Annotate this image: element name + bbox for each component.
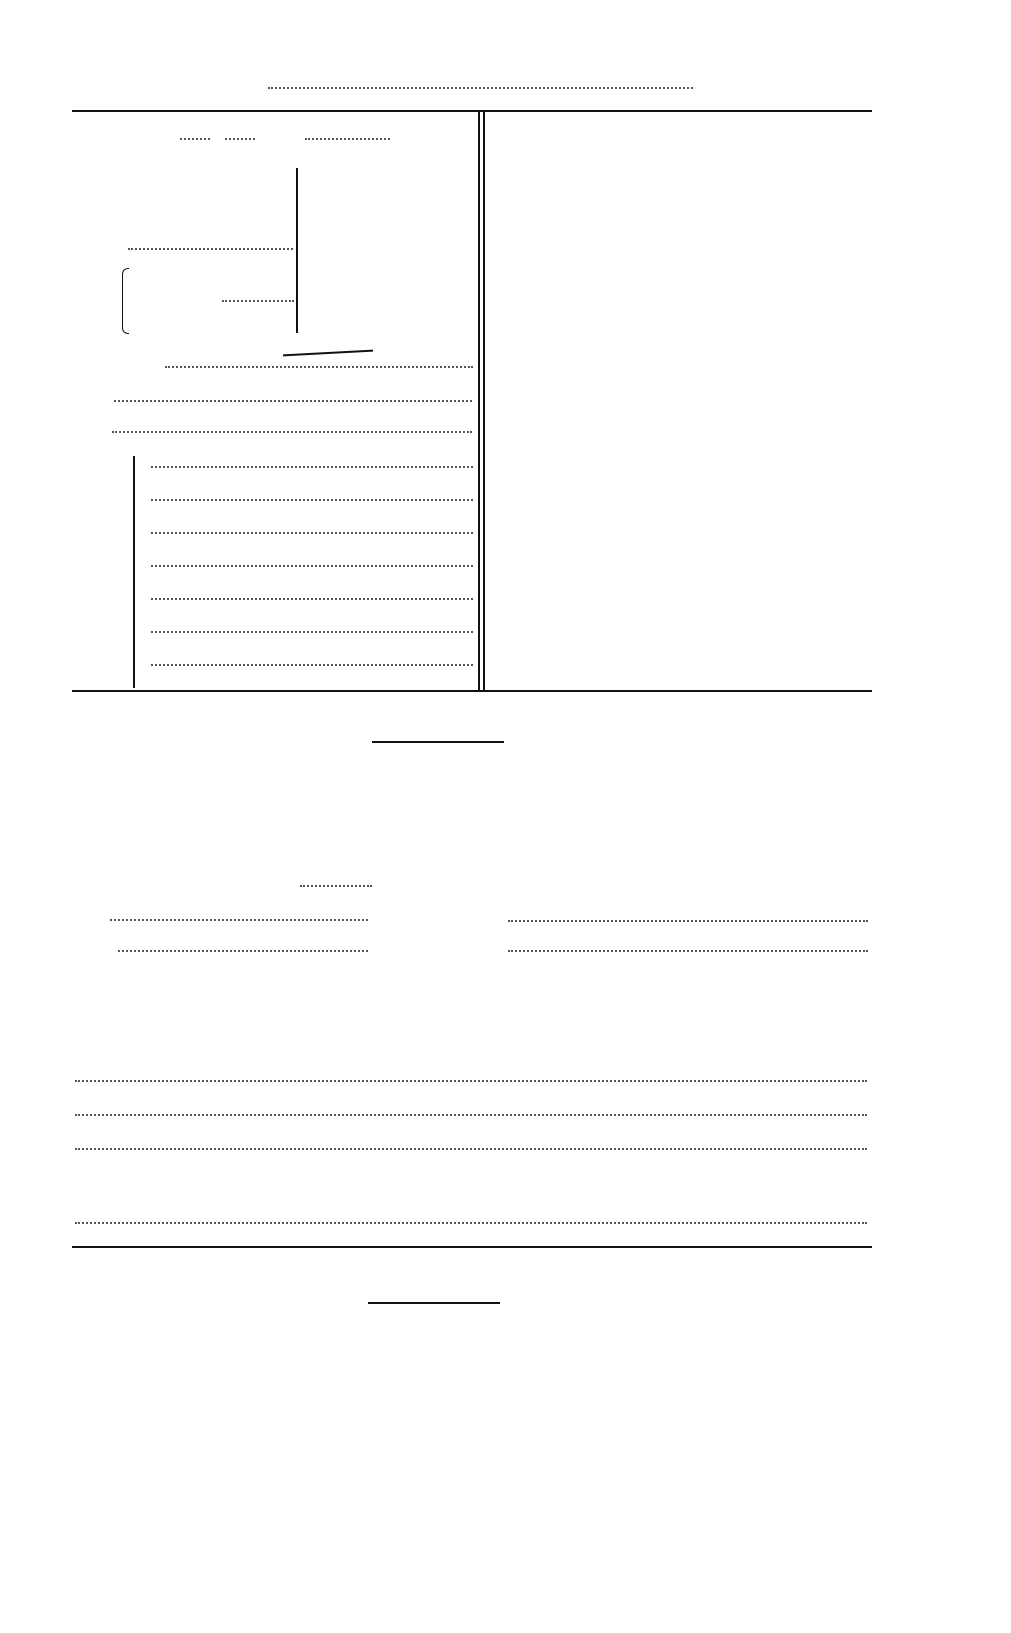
- row-dots: [147, 532, 473, 534]
- row-dots: [147, 499, 473, 501]
- months-dots: [305, 138, 390, 140]
- column-divider-right: [483, 112, 485, 690]
- commanding-section-rule: [72, 1246, 872, 1248]
- height-dots: [128, 248, 293, 250]
- religion-row: [147, 649, 473, 669]
- name-dotted-line: [268, 87, 693, 89]
- row-dots: [147, 631, 473, 633]
- chest-label: [70, 282, 120, 332]
- unfitness-line-3[interactable]: [75, 1148, 867, 1150]
- signature-dots-2: [508, 950, 868, 952]
- consider-dots: [300, 885, 372, 887]
- top-rule: [72, 110, 872, 112]
- chest-brace: [122, 268, 129, 334]
- religion-row: [147, 583, 473, 616]
- religion-row: [147, 484, 473, 517]
- religion-label-methodist: [147, 519, 149, 536]
- hair-dots: [112, 431, 472, 433]
- religion-label-jewish: [147, 618, 149, 635]
- medical-title-rule: [372, 741, 504, 743]
- row-dots: [147, 664, 473, 666]
- complexion-dots: [165, 366, 473, 368]
- row-dots: [147, 466, 473, 468]
- religion-brace: [133, 456, 135, 688]
- column-divider-left: [478, 112, 480, 690]
- unfitness-line-4[interactable]: [75, 1222, 867, 1224]
- religion-label-church-of-england: [147, 453, 149, 470]
- religion-label-presbyterian: [147, 486, 149, 503]
- religion-row: [147, 616, 473, 649]
- medical-date-dots: [110, 919, 368, 921]
- religion-row: [147, 550, 473, 583]
- religion-row: [147, 451, 473, 484]
- section-rule: [72, 690, 872, 692]
- age-dots-2: [225, 138, 255, 140]
- commanding-title-rule: [368, 1302, 500, 1304]
- religion-label-roman-catholic: [147, 585, 149, 602]
- unfitness-line-2[interactable]: [75, 1114, 867, 1116]
- measure-divider: [296, 168, 298, 333]
- row-dots: [147, 598, 473, 600]
- row-dots: [147, 565, 473, 567]
- age-dots: [180, 138, 210, 140]
- religion-row: [147, 517, 473, 550]
- religion-label-baptist: [147, 552, 149, 569]
- unfitness-line-1[interactable]: [75, 1080, 867, 1082]
- girth-dots: [222, 300, 294, 302]
- signature-dots-1: [508, 920, 868, 922]
- religion-list: [147, 451, 473, 667]
- place-dots: [118, 950, 368, 952]
- complexion-strike: [283, 350, 373, 357]
- religion-label-other: [147, 651, 149, 668]
- eyes-dots: [114, 400, 472, 402]
